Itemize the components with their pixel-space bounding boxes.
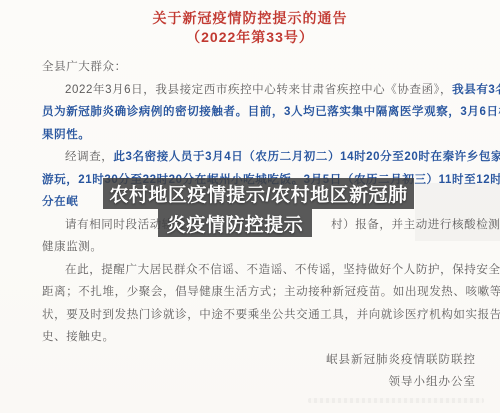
signature-line2: 领导小组办公室 <box>0 371 476 394</box>
body-text: 全县广大群众： <box>42 61 127 73</box>
signature-block: 岷县新冠肺炎疫情联防联控 领导小组办公室 <box>0 349 500 394</box>
body-line: 全县广大群众： <box>42 56 478 79</box>
body-line: 员为新冠肺炎确诊病例的密切接触者。目前，3人均已落实集中隔离医学观察，3月6日核… <box>42 101 478 124</box>
body-text: 状，要及时到发热门诊就诊，中途不要乘坐公共交通工具，并向就诊医疗机构如实报告旅居 <box>42 309 500 321</box>
body-line: 史、接触史。 <box>42 326 478 349</box>
body-text: 经调查， <box>65 151 113 163</box>
notice-title-line2: （2022年第33号） <box>0 28 500 47</box>
highlighted-text: 果阴性。 <box>42 129 90 141</box>
body-line: 2022年3月6日，我县接定西市疾控中心转来甘肃省疾控中心《协查函》，我县有3名… <box>42 79 478 102</box>
body-line: 距离；不扎堆，少聚会，倡导健康生活方式；主动接种新冠疫苗。如出现发热、咳嗽等症 <box>42 281 478 304</box>
faint-watermark <box>308 398 484 403</box>
notice-title-line1: 关于新冠疫情防控提示的通告 <box>0 9 500 28</box>
body-text: 在此，提醒广大居民群众不信谣、不造谣、不传谣，坚持做好个人防护，保持安全社交 <box>65 264 500 276</box>
photo-shading <box>415 183 500 241</box>
body-text: 距离；不扎堆，少聚会，倡导健康生活方式；主动接种新冠疫苗。如出现发热、咳嗽等症 <box>42 286 500 298</box>
body-line: 状，要及时到发热门诊就诊，中途不要乘坐公共交通工具，并向就诊医疗机构如实报告旅居 <box>42 304 478 327</box>
highlighted-text: 分在岷 <box>42 196 78 208</box>
caption-overlay-line2: 炎疫情防控提示 <box>158 209 312 237</box>
signature-line1: 岷县新冠肺炎疫情联防联控 <box>0 349 476 372</box>
body-text: 健康监测。 <box>42 241 103 253</box>
body-line: 果阴性。 <box>42 124 478 147</box>
body-line: 经调查，此3名密接人员于3月4日（农历二月初二）14时20分至20时在秦许乡包家… <box>42 146 478 169</box>
body-text: 2022年3月6日，我县接定西市疾控中心转来甘肃省疾控中心《协查函》， <box>65 84 452 96</box>
body-line: 在此，提醒广大居民群众不信谣、不造谣、不传谣，坚持做好个人防护，保持安全社交 <box>42 259 478 282</box>
highlighted-text: 此3名密接人员于3月4日（农历二月初二）14时20分至20时在秦许乡包家族村 <box>113 151 500 163</box>
caption-overlay-line1: 农村地区疫情提示/农村地区新冠肺 <box>103 178 414 209</box>
highlighted-text: 员为新冠肺炎确诊病例的密切接触者。目前，3人均已落实集中隔离医学观察，3月6日核… <box>42 106 500 118</box>
body-text: 史、接触史。 <box>42 331 115 343</box>
highlighted-text: 我县有3名人 <box>452 84 500 96</box>
notice-title: 关于新冠疫情防控提示的通告 （2022年第33号） <box>0 0 500 47</box>
notice-document: 关于新冠疫情防控提示的通告 （2022年第33号） 全县广大群众：2022年3月… <box>0 0 500 413</box>
body-line: 健康监测。 <box>42 236 478 259</box>
